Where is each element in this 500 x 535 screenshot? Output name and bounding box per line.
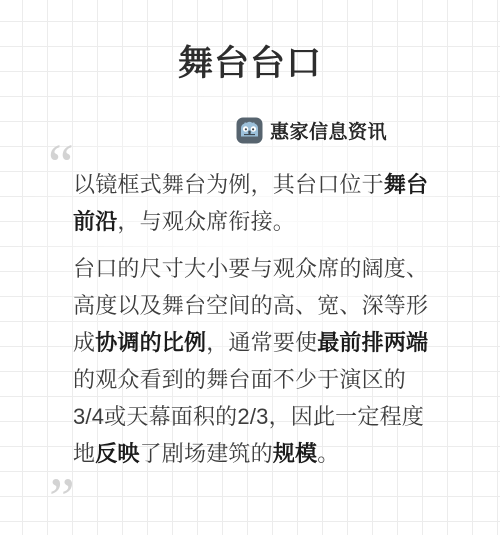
- emphasis-text: 协调的比例: [95, 330, 206, 355]
- info-card: 舞台台口 惠家信息资讯 “ 以镜框式舞台为例，其台口位于舞台前沿，与观众席衔接。…: [0, 0, 500, 535]
- close-quote-mark: ”: [49, 470, 73, 528]
- emphasis-text: 最前排两端: [317, 330, 428, 355]
- source-badge: 惠家信息资讯: [236, 117, 387, 144]
- body-paragraph: 以镜框式舞台为例，其台口位于舞台前沿，与观众席衔接。: [73, 166, 433, 240]
- plain-text: ，通常要使: [206, 330, 317, 355]
- robot-avatar-icon: [236, 117, 263, 144]
- plain-text: 以镜框式舞台为例，其台口位于: [73, 172, 384, 197]
- emphasis-text: 规模: [273, 441, 317, 466]
- body-paragraph: 台口的尺寸大小要与观众席的阔度、高度以及舞台空间的高、宽、深等形成协调的比例，通…: [73, 250, 433, 472]
- plain-text: ，与观众席衔接。: [117, 209, 295, 234]
- page-title: 舞台台口: [0, 44, 500, 84]
- plain-text: 了剧场建筑的: [140, 441, 273, 466]
- open-quote-mark: “: [48, 136, 72, 194]
- source-badge-label: 惠家信息资讯: [270, 117, 387, 144]
- emphasis-text: 反映: [95, 441, 139, 466]
- plain-text: 。: [317, 441, 339, 466]
- body-text: 以镜框式舞台为例，其台口位于舞台前沿，与观众席衔接。台口的尺寸大小要与观众席的阔…: [73, 166, 433, 482]
